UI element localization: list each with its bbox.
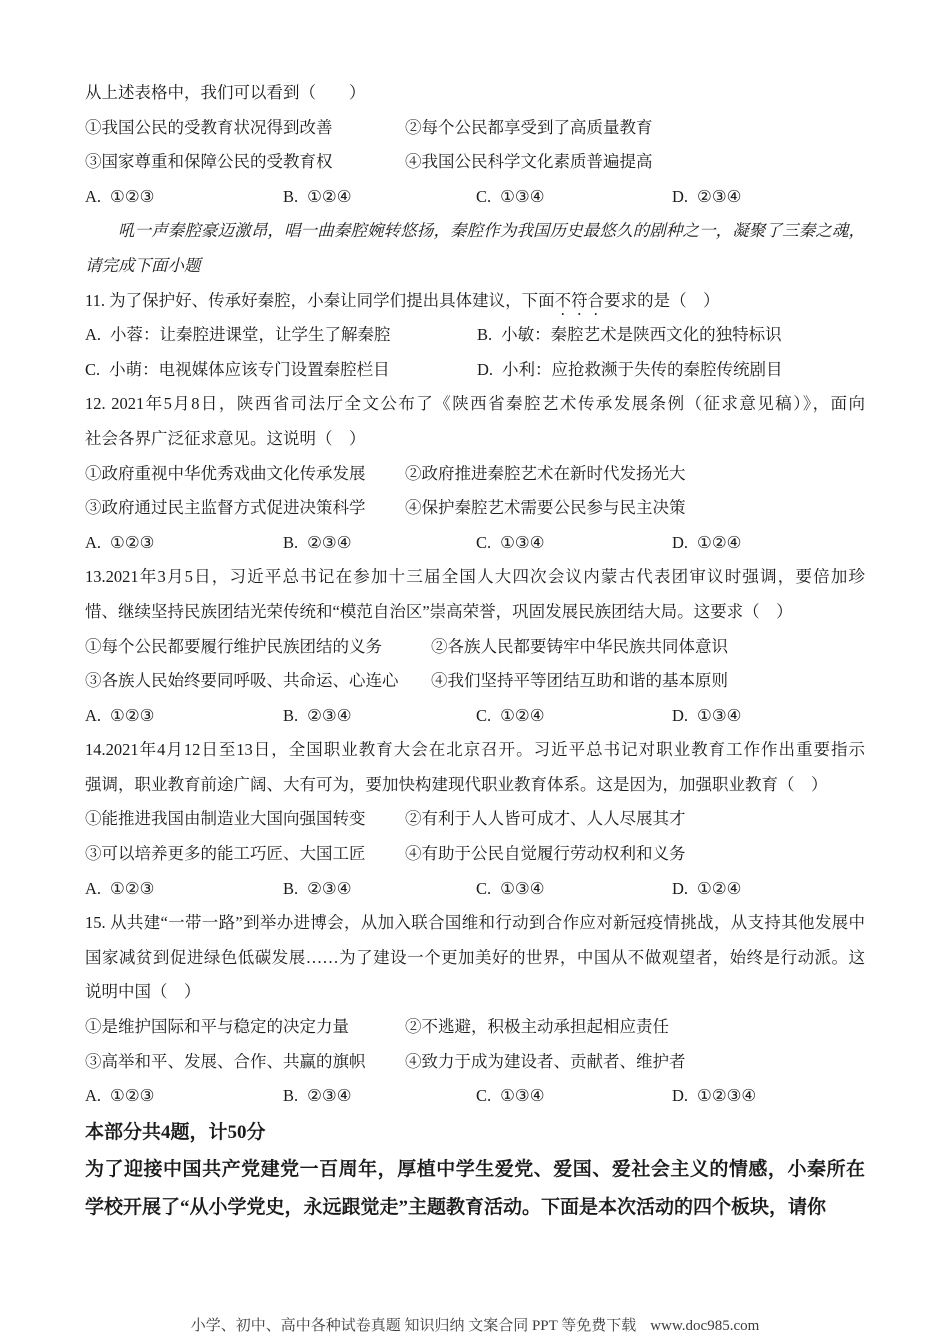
- q11-options-row-1: A.小蓉：让秦腔进课堂，让学生了解秦腔 B.小敏：秦腔艺术是陕西文化的独特标识: [85, 318, 865, 353]
- q10-items-row-1: ①我国公民的受教育状况得到改善 ②每个公民都享受到了高质量教育: [85, 111, 865, 146]
- q10-options-row: A.①②③ B.①②④ C.①③④ D.②③④: [85, 180, 865, 215]
- q12-item-3: ③政府通过民主监督方式促进决策科学: [85, 491, 405, 526]
- intro-passage-line-1: 吼一声秦腔豪迈激昂，唱一曲秦腔婉转悠扬，秦腔作为我国历史最悠久的剧种之一，凝聚了…: [85, 214, 865, 249]
- footer-url: www.doc985.com: [650, 1318, 759, 1334]
- q15-item-4: ④致力于成为建设者、贡献者、维护者: [405, 1045, 865, 1080]
- q14-option-b: B.②③④: [283, 872, 476, 907]
- q12-stem-line-1: 12. 2021年5月8日，陕西省司法厅全文公布了《陕西省秦腔艺术传承发展条例（…: [85, 387, 865, 422]
- footer-text: 小学、初中、高中各种试卷真题 知识归纳 文案合同 PPT 等免费下载: [191, 1318, 637, 1334]
- q13-item-3: ③各族人民始终要同呼吸、共命运、心连心: [85, 664, 431, 699]
- q15-option-d: D.①②③④: [672, 1079, 865, 1114]
- q13-item-4: ④我们坚持平等团结互助和谐的基本原则: [431, 664, 865, 699]
- q14-options-row: A.①②③ B.②③④ C.①③④ D.①②④: [85, 872, 865, 907]
- section-intro-line-1: 为了迎接中国共产党建党一百周年，厚植中学生爱党、爱国、爱社会主义的情感，小秦所在: [85, 1151, 865, 1189]
- q12-stem-line-2: 社会各界广泛征求意见。这说明（ ）: [85, 422, 865, 457]
- q13-option-d: D.①③④: [672, 699, 865, 734]
- q10-item-2: ②每个公民都享受到了高质量教育: [405, 111, 865, 146]
- q11-stem: 11. 为了保护好、传承好秦腔，小秦让同学们提出具体建议，下面不符合要求的是（ …: [85, 284, 865, 319]
- q11-emphasized-text: 不符合: [555, 291, 605, 310]
- q10-option-a: A.①②③: [85, 180, 283, 215]
- q14-item-1: ①能推进我国由制造业大国向强国转变: [85, 802, 405, 837]
- q15-option-c: C.①③④: [476, 1079, 672, 1114]
- q12-options-row: A.①②③ B.②③④ C.①③④ D.①②④: [85, 526, 865, 561]
- q13-stem-line-1: 13.2021年3月5日，习近平总书记在参加十三届全国人大四次会议内蒙古代表团审…: [85, 560, 865, 595]
- q15-options-row: A.①②③ B.②③④ C.①③④ D.①②③④: [85, 1079, 865, 1114]
- q15-items-row-2: ③高举和平、发展、合作、共赢的旗帜 ④致力于成为建设者、贡献者、维护者: [85, 1045, 865, 1080]
- q12-items-row-2: ③政府通过民主监督方式促进决策科学 ④保护秦腔艺术需要公民参与民主决策: [85, 491, 865, 526]
- q15-items-row-1: ①是维护国际和平与稳定的决定力量 ②不逃避，积极主动承担起相应责任: [85, 1010, 865, 1045]
- q14-items-row-1: ①能推进我国由制造业大国向强国转变 ②有利于人人皆可成才、人人尽展其才: [85, 802, 865, 837]
- q11-option-b: B.小敏：秦腔艺术是陕西文化的独特标识: [477, 318, 865, 353]
- q13-stem-line-2: 惜、继续坚持民族团结光荣传统和“模范自治区”崇高荣誉，巩固发展民族团结大局。这要…: [85, 595, 865, 630]
- q14-option-d: D.①②④: [672, 872, 865, 907]
- q10-option-d: D.②③④: [672, 180, 865, 215]
- q12-option-a: A.①②③: [85, 526, 283, 561]
- q14-stem-line-1: 14.2021年4月12日至13日，全国职业教育大会在北京召开。习近平总书记对职…: [85, 733, 865, 768]
- q10-items-row-2: ③国家尊重和保障公民的受教育权 ④我国公民科学文化素质普遍提高: [85, 145, 865, 180]
- q13-item-1: ①每个公民都要履行维护民族团结的义务: [85, 630, 431, 665]
- q14-items-row-2: ③可以培养更多的能工巧匠、大国工匠 ④有助于公民自觉履行劳动权利和义务: [85, 837, 865, 872]
- q13-items-row-2: ③各族人民始终要同呼吸、共命运、心连心 ④我们坚持平等团结互助和谐的基本原则: [85, 664, 865, 699]
- q11-option-a: A.小蓉：让秦腔进课堂，让学生了解秦腔: [85, 318, 477, 353]
- q14-item-2: ②有利于人人皆可成才、人人尽展其才: [405, 802, 865, 837]
- q14-item-3: ③可以培养更多的能工巧匠、大国工匠: [85, 837, 405, 872]
- part-two-section: 本部分共4题，计50分 为了迎接中国共产党建党一百周年，厚植中学生爱党、爱国、爱…: [85, 1114, 865, 1227]
- q11-option-c: C.小萌：电视媒体应该专门设置秦腔栏目: [85, 353, 477, 388]
- q13-option-b: B.②③④: [283, 699, 476, 734]
- q10-item-3: ③国家尊重和保障公民的受教育权: [85, 145, 405, 180]
- q10-item-1: ①我国公民的受教育状况得到改善: [85, 111, 405, 146]
- q12-option-b: B.②③④: [283, 526, 476, 561]
- q14-option-c: C.①③④: [476, 872, 672, 907]
- q12-items-row-1: ①政府重视中华优秀戏曲文化传承发展 ②政府推进秦腔艺术在新时代发扬光大: [85, 457, 865, 492]
- q10-option-c: C.①③④: [476, 180, 672, 215]
- q13-item-2: ②各族人民都要铸牢中华民族共同体意识: [431, 630, 865, 665]
- q10-option-b: B.①②④: [283, 180, 476, 215]
- q12-item-2: ②政府推进秦腔艺术在新时代发扬光大: [405, 457, 865, 492]
- section-intro-line-2: 学校开展了“从小学党史，永远跟觉走”主题教育活动。下面是本次活动的四个板块，请你: [85, 1189, 865, 1227]
- q12-option-d: D.①②④: [672, 526, 865, 561]
- q13-options-row: A.①②③ B.②③④ C.①②④ D.①③④: [85, 699, 865, 734]
- q14-stem-line-2: 强调，职业教育前途广阔、大有可为，要加快构建现代职业教育体系。这是因为，加强职业…: [85, 768, 865, 803]
- q15-option-b: B.②③④: [283, 1079, 476, 1114]
- q12-option-c: C.①③④: [476, 526, 672, 561]
- q12-item-1: ①政府重视中华优秀戏曲文化传承发展: [85, 457, 405, 492]
- exam-page-content: 从上述表格中，我们可以看到（ ） ①我国公民的受教育状况得到改善 ②每个公民都享…: [85, 76, 865, 1226]
- q15-option-a: A.①②③: [85, 1079, 283, 1114]
- q15-stem-line-1: 15. 从共建“一带一路”到举办进博会，从加入联合国维和行动到合作应对新冠疫情挑…: [85, 906, 865, 941]
- intro-passage-line-2: 请完成下面小题: [85, 249, 865, 284]
- section-score-line: 本部分共4题，计50分: [85, 1114, 865, 1152]
- q15-item-3: ③高举和平、发展、合作、共赢的旗帜: [85, 1045, 405, 1080]
- q15-stem-line-3: 说明中国（ ）: [85, 975, 865, 1010]
- q13-items-row-1: ①每个公民都要履行维护民族团结的义务 ②各族人民都要铸牢中华民族共同体意识: [85, 630, 865, 665]
- q13-option-a: A.①②③: [85, 699, 283, 734]
- q12-item-4: ④保护秦腔艺术需要公民参与民主决策: [405, 491, 865, 526]
- q11-options-row-2: C.小萌：电视媒体应该专门设置秦腔栏目 D.小利：应抢救濒于失传的秦腔传统剧目: [85, 353, 865, 388]
- q14-option-a: A.①②③: [85, 872, 283, 907]
- q15-item-1: ①是维护国际和平与稳定的决定力量: [85, 1010, 405, 1045]
- q11-option-d: D.小利：应抢救濒于失传的秦腔传统剧目: [477, 353, 865, 388]
- q13-option-c: C.①②④: [476, 699, 672, 734]
- footer-watermark: 小学、初中、高中各种试卷真题 知识归纳 文案合同 PPT 等免费下载www.do…: [0, 1314, 950, 1335]
- q14-item-4: ④有助于公民自觉履行劳动权利和义务: [405, 837, 865, 872]
- q15-item-2: ②不逃避，积极主动承担起相应责任: [405, 1010, 865, 1045]
- q10-item-4: ④我国公民科学文化素质普遍提高: [405, 145, 865, 180]
- q10-stem: 从上述表格中，我们可以看到（ ）: [85, 76, 865, 111]
- q15-stem-line-2: 国家减贫到促进绿色低碳发展……为了建设一个更加美好的世界，中国从不做观望者，始终…: [85, 941, 865, 976]
